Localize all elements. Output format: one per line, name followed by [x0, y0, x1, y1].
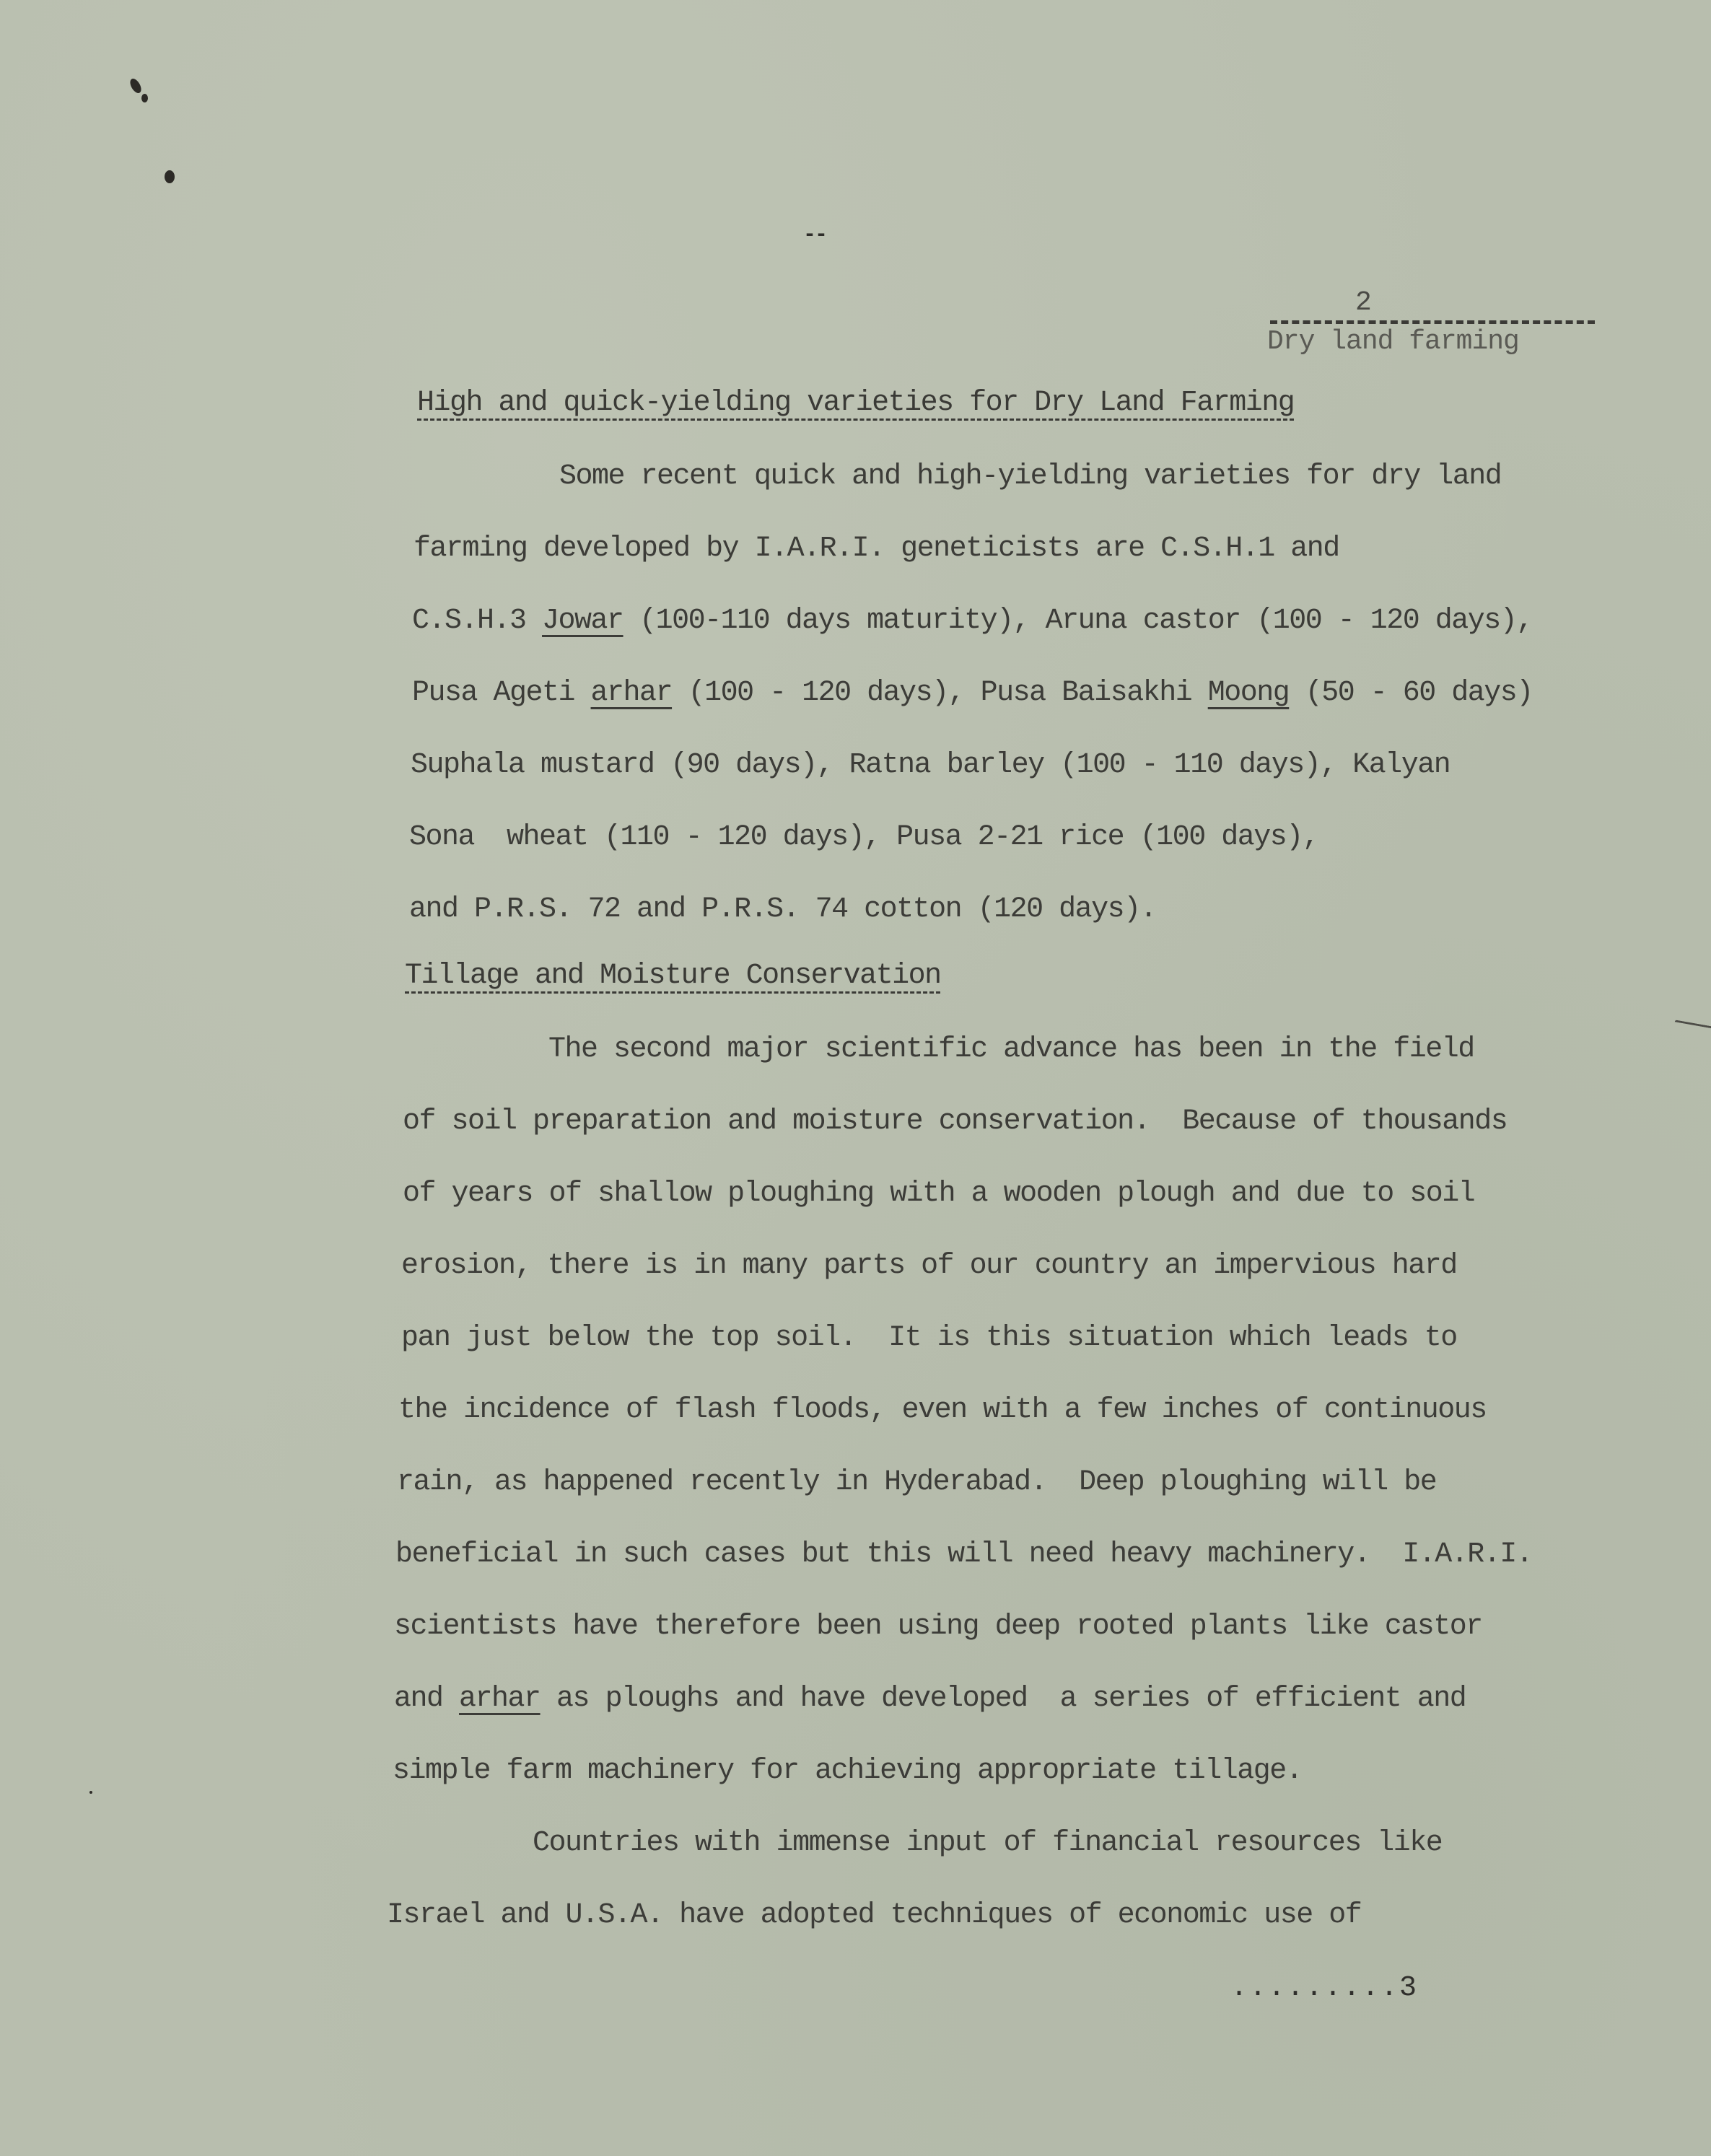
typewritten-page: -- 2 Dry land farming High and quick-yie…	[0, 0, 1711, 2156]
paragraph-line: Sona wheat (110 - 120 days), Pusa 2-21 r…	[409, 821, 1318, 854]
paragraph-line: the incidence of flash floods, even with…	[398, 1394, 1487, 1427]
header-rule	[1270, 320, 1595, 324]
paragraph-line: The second major scientific advance has …	[548, 1033, 1474, 1066]
top-mark: --	[803, 223, 826, 247]
paragraph-line: simple farm machinery for achieving appr…	[393, 1755, 1302, 1787]
underlined-term: arhar	[459, 1683, 541, 1715]
text: as ploughs and have developed a series o…	[541, 1683, 1466, 1715]
paragraph-line: erosion, there is in many parts of our c…	[401, 1250, 1457, 1282]
section-heading-varieties: High and quick-yielding varieties for Dr…	[417, 387, 1294, 419]
continuation-marker: .........3	[1230, 1972, 1418, 2004]
underlined-term: Moong	[1208, 677, 1290, 709]
paragraph-line: Some recent quick and high-yielding vari…	[559, 460, 1501, 493]
paragraph-line: pan just below the top soil. It is this …	[401, 1322, 1457, 1354]
text: (100 - 120 days), Pusa Baisakhi	[672, 677, 1208, 709]
underlined-term: Jowar	[542, 605, 623, 637]
paragraph-line: Pusa Ageti arhar (100 - 120 days), Pusa …	[412, 677, 1533, 709]
text: (100-110 days maturity), Aruna castor (1…	[623, 605, 1533, 637]
ink-speck	[141, 94, 148, 102]
text: (50 - 60 days)	[1289, 677, 1533, 709]
ink-speck	[128, 76, 143, 95]
text: Pusa Ageti	[412, 677, 591, 709]
paragraph-line: Countries with immense input of financia…	[533, 1827, 1442, 1859]
paragraph-line: Suphala mustard (90 days), Ratna barley …	[411, 749, 1450, 781]
text: and	[394, 1683, 459, 1715]
paragraph-line: scientists have therefore been using dee…	[394, 1611, 1482, 1643]
text: C.S.H.3	[412, 605, 542, 637]
paragraph-line: of years of shallow ploughing with a woo…	[403, 1178, 1474, 1210]
paragraph-line: C.S.H.3 Jowar (100-110 days maturity), A…	[412, 605, 1533, 637]
paragraph-line: of soil preparation and moisture conserv…	[403, 1105, 1507, 1138]
paragraph-line: and P.R.S. 72 and P.R.S. 74 cotton (120 …	[409, 893, 1156, 926]
paragraph-line: and arhar as ploughs and have developed …	[394, 1683, 1466, 1715]
paper-crease	[1674, 1020, 1711, 1033]
paragraph-line: Israel and U.S.A. have adopted technique…	[387, 1899, 1361, 1932]
paragraph-line: rain, as happened recently in Hyderabad.…	[397, 1466, 1436, 1499]
ink-speck	[165, 170, 175, 183]
ink-speck	[89, 1791, 92, 1794]
running-head: Dry land farming	[1267, 326, 1519, 357]
section-heading-tillage: Tillage and Moisture Conservation	[405, 960, 941, 992]
underlined-term: arhar	[591, 677, 673, 709]
page-number: 2	[1355, 287, 1372, 318]
paragraph-line: beneficial in such cases but this will n…	[395, 1538, 1532, 1571]
paragraph-line: farming developed by I.A.R.I. geneticist…	[413, 533, 1339, 565]
